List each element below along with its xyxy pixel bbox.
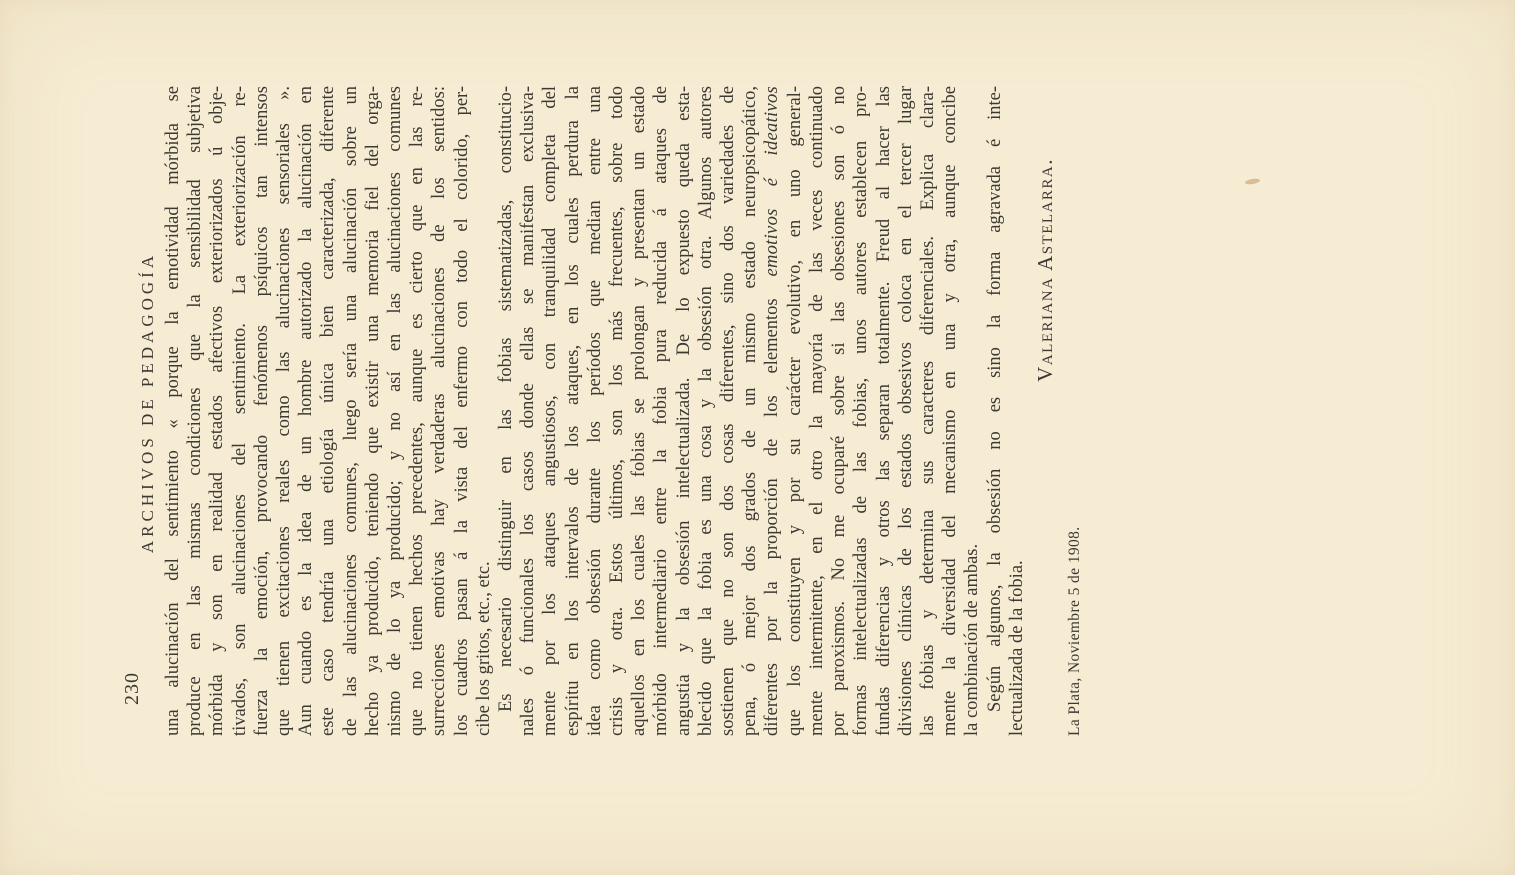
article-text: una alucinación del sentimiento « porque…: [162, 86, 1086, 736]
text-line: mente intermitente, en el otro la mayorí…: [806, 86, 828, 736]
page-content-rotated: 230 ARCHIVOS DE PEDAGOGÍA una alucinació…: [0, 0, 1515, 875]
body-lines: una alucinación del sentimiento « porque…: [162, 86, 1028, 736]
text-line: los cuadros pasan á la vista del enfermo…: [451, 86, 473, 736]
text-line: que los constituyen y por su carácter ev…: [784, 86, 806, 736]
text-line: las fobias y determina sus caracteres di…: [917, 86, 939, 736]
text-line: Es necesario distinguir en las fobias si…: [495, 86, 517, 736]
text-line: pena, ó mejor dos grados de un mismo est…: [739, 86, 761, 736]
text-line: sostienen que no son dos cosas diferente…: [717, 86, 739, 736]
text-line: cibe los gritos, etc., etc.: [473, 86, 495, 736]
text-line: lectualizada de la fobia.: [1006, 86, 1028, 736]
text-line: que no tienen hechos precedentes, aunque…: [406, 86, 428, 736]
text-line: surrecciones emotivas hay verdaderas alu…: [428, 86, 450, 736]
text-line: nismo de lo ya producido; y no así en la…: [384, 86, 406, 736]
text-line: por paroxismos. No me ocuparé sobre si l…: [828, 86, 850, 736]
text-line: Según algunos, la obsesión no es sino la…: [984, 86, 1006, 736]
text-line: de las alucinaciones comunes, luego serí…: [340, 86, 362, 736]
text-line: blecido que la fobia es una cosa y la ob…: [695, 86, 717, 736]
text-line: formas intelectualizadas de las fobias, …: [850, 86, 872, 736]
text-line: mente por los ataques angustiosos, con t…: [539, 86, 561, 736]
journal-title: ARCHIVOS DE PEDAGOGÍA: [138, 0, 158, 840]
author-signature: Valeriana Astelarra.: [1034, 86, 1056, 736]
text-line: produce en las mismas condiciones que la…: [184, 86, 206, 736]
text-line: crisis y otra. Estos últimos, son los má…: [606, 86, 628, 736]
text-line: mente la diversidad del mecanismo en una…: [939, 86, 961, 736]
text-line: idea como obsesión durante los períodos …: [584, 86, 606, 736]
text-line: tivados, son alucinaciones del sentimien…: [229, 86, 251, 736]
text-line: mórbido intermediario entre la fobia pur…: [650, 86, 672, 736]
text-line: diferentes por la proporción de los elem…: [761, 86, 783, 736]
text-line: que tienen excitaciones reales como las …: [273, 86, 295, 736]
text-line: mórbida y son en realidad estados afecti…: [206, 86, 228, 736]
text-line: fundas diferencias y otros las separan t…: [873, 86, 895, 736]
place-date-line: La Plata, Noviembre 5 de 1908.: [1064, 86, 1086, 736]
scanned-page: 230 ARCHIVOS DE PEDAGOGÍA una alucinació…: [0, 0, 1515, 875]
text-line: Aun cuando es la idea de un hombre autor…: [295, 86, 317, 736]
text-line: la combinación de ambas.: [961, 86, 983, 736]
text-line: angustia y la obsesión intelectualizada.…: [673, 86, 695, 736]
text-line: una alucinación del sentimiento « porque…: [162, 86, 184, 736]
text-line: divisiones clínicas de los estados obses…: [895, 86, 917, 736]
text-line: aquellos en los cuales las fobias se pro…: [628, 86, 650, 736]
text-line: este caso tendría una etiología única bi…: [317, 86, 339, 736]
text-line: nales ó funcionales los casos donde ella…: [517, 86, 539, 736]
text-line: fuerza la emoción, provocando fenómenos …: [251, 86, 273, 736]
text-line: hecho ya producido, teniendo que existir…: [362, 86, 384, 736]
text-line: espíritu en los intervalos de los ataque…: [562, 86, 584, 736]
